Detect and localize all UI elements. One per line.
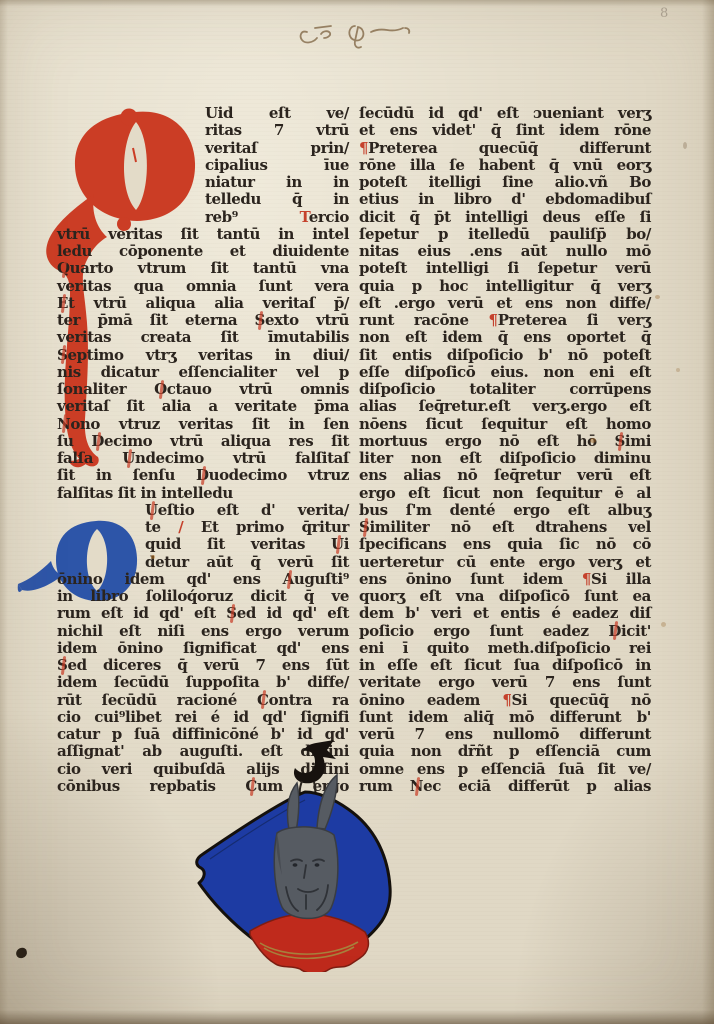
text-line: in eſſe eſt ſicut ſua diſpoſicō in	[359, 657, 651, 674]
text-line: quia non dr̄ñt p eſſenciā cum	[359, 743, 651, 760]
text-line: niatur in in	[205, 174, 349, 191]
folio-mark: 8	[660, 6, 668, 21]
text-line: rūt ſecūdū racioné Contra ra	[57, 692, 349, 709]
text-line: rōne illa ſe habent q̄ vnū eorʒ	[359, 157, 651, 174]
text-line: ſecūdū id qd' eſt ɔueniant verʒ	[359, 105, 651, 122]
text-line: Et vtrū aliqua alia veritaſ p̄/	[57, 295, 349, 312]
text-line: dem b' veri et entis é eadez diſ	[359, 605, 651, 622]
text-line: liter non eſt diſpoſicio diminu	[359, 450, 651, 467]
text-line: Uid eſt ve/	[205, 105, 349, 122]
text-line: reb⁹ Tercio	[205, 209, 349, 226]
foxing-spot	[676, 368, 680, 372]
text-line: etius in libro d' ebdomadibuſ	[359, 191, 651, 208]
text-line: ¶Preterea quecūq̄ differunt	[359, 140, 651, 157]
text-line: ōnino eadem ¶Si quecūq̄ nō	[359, 692, 651, 709]
text-line: nichil eſt niſi ens ergo verum	[57, 623, 349, 640]
text-line: Similiter nō eſt dtrahens vel	[359, 519, 651, 536]
text-line: ſunt idem aliq̄ mō differunt b'	[359, 709, 651, 726]
hanging-hook-icon	[294, 740, 336, 783]
text-line: Nono vtruz veritas ſit in ſen	[57, 416, 349, 433]
text-line: in libro ſoliloq́oruz dicit q̄ ve	[57, 588, 349, 605]
text-column-right: ſecūdū id qd' eſt ɔueniant verʒ et ens v…	[359, 105, 651, 795]
text-line: quorʒ eſt vna diſpoſicō ſunt ea	[359, 588, 651, 605]
text-line: Sed diceres q̄ verū 7 ens ſūt	[57, 657, 349, 674]
manuscript-page: { "annotations": { "top_inscription": "i…	[0, 0, 714, 1024]
text-line: quid ſit veritas Ui	[145, 536, 349, 553]
text-line: vtrū veritas ſit tantū in intel	[57, 226, 349, 243]
foxing-spot	[683, 142, 687, 149]
text-line: quia p hoc intelligitur q̄ verʒ	[359, 278, 651, 295]
text-line: mortuus ergo nō eſt hō Simi	[359, 433, 651, 450]
text-line: ter p̄mā ſit eterna Sexto vtrū	[57, 312, 349, 329]
text-line: telledu q̄ in	[205, 191, 349, 208]
text-line: eſſe diſpoſicō eius. non eni eſt	[359, 364, 651, 381]
handwritten-inscription	[293, 18, 433, 52]
text-line: uerteretur cū ente ergo verʒ et	[359, 554, 651, 571]
text-line: ledu cōponente et diuidente	[57, 243, 349, 260]
text-line: verū 7 ens nullomō differunt	[359, 726, 651, 743]
text-line: bus ſ'm denté ergo eſt albuʒ	[359, 502, 651, 519]
text-line: runt racōne ¶Preterea ſi verʒ	[359, 312, 651, 329]
text-line: poſicio ergo ſunt eadez Dicit'	[359, 623, 651, 640]
text-line: veritas qua omnia ſunt vera	[57, 278, 349, 295]
text-line: poteſt itelligi ſine alio.vñ Bo	[359, 174, 651, 191]
text-line: ſepetur p itelledū pauliſp̄ bo/	[359, 226, 651, 243]
coat-of-arms	[188, 737, 400, 972]
text-line: et ens videt' q̄ ſint idem rōne	[359, 122, 651, 139]
text-line: veritate ergo verū 7 ens ſunt	[359, 674, 651, 691]
text-line: omne ens p eſſenciā ſuā ſit ve/	[359, 761, 651, 778]
text-line: nitas eius .ens aūt nullo mō	[359, 243, 651, 260]
text-line: eſt .ergo verū et ens non diffe/	[359, 295, 651, 312]
text-line: falſitas ſit in intelledu	[57, 485, 349, 502]
text-line: alias ſeq̄retur.eſt verʒ.ergo eſt	[359, 398, 651, 415]
text-line: dicit q̄ p̄t intelligi deus eſſe ſi	[359, 209, 651, 226]
text-line: Ueſtio eſt d' verita/	[145, 502, 349, 519]
text-line: te / Et primo q̄ritur	[145, 519, 349, 536]
text-line: rum eſt id qd' eſt Sed id qd' eſt	[57, 605, 349, 622]
text-line: cio cui⁹libet rei é id qd' ſignifi	[57, 709, 349, 726]
text-line: nōens ſicut ſequitur eſt homo	[359, 416, 651, 433]
text-line: idem ōnino ſignificat qd' ens	[57, 640, 349, 657]
text-line: veritaſ prin/	[205, 140, 349, 157]
text-line: non eſt idem q̄ ens oportet q̄	[359, 329, 651, 346]
text-line: ōnino idem qd' ens Auguſti⁹	[57, 571, 349, 588]
text-line: idem ſecūdū ſuppoſita b' diffe/	[57, 674, 349, 691]
text-line: nis dicatur eſſencialiter vel p	[57, 364, 349, 381]
text-line: ſit entis diſpoſicio b' nō poteſt	[359, 347, 651, 364]
text-line: cipalius īue	[205, 157, 349, 174]
text-line: eni ī quito meth.diſpoſicio rei	[359, 640, 651, 657]
text-line: ſonaliter Octauo vtrū omnis	[57, 381, 349, 398]
text-line: veritas creata ſit īmutabilis	[57, 329, 349, 346]
ink-blot	[15, 947, 28, 960]
text-line: ergo eſt ſicut non ſequitur ē al	[359, 485, 651, 502]
text-line: poteſt intelligi ſi ſepetur verū	[359, 260, 651, 277]
text-line: veritaſ ſit alia a veritate p̄ma	[57, 398, 349, 415]
text-line: ſu Decimo vtrū aliqua res ſit	[57, 433, 349, 450]
text-column-left: Uid eſt ve/ ritas 7 vtrū veritaſ prin/ c…	[57, 105, 349, 795]
text-line: rum Nec eciā differūt p alias	[359, 778, 651, 795]
foxing-spot	[655, 295, 660, 299]
text-line: detur aūt q̄ verū ſit	[145, 554, 349, 571]
text-line: ſpecificans ens quia ſic nō cō	[359, 536, 651, 553]
text-line: ens alias nō ſeq̄retur verū eſt	[359, 467, 651, 484]
text-line: ens ōnino ſunt idem ¶Si illa	[359, 571, 651, 588]
text-line: Septimo vtrʒ veritas in diui/	[57, 347, 349, 364]
text-line: ſit in ſenſu Duodecimo vtruz	[57, 467, 349, 484]
text-line: falſa Undecimo vtrū falſitaſ	[57, 450, 349, 467]
text-line: ritas 7 vtrū	[205, 122, 349, 139]
foxing-spot	[661, 622, 666, 627]
text-line: Quarto vtrum ſit tantū vna	[57, 260, 349, 277]
text-line: diſpoſicio totaliter corrūpens	[359, 381, 651, 398]
